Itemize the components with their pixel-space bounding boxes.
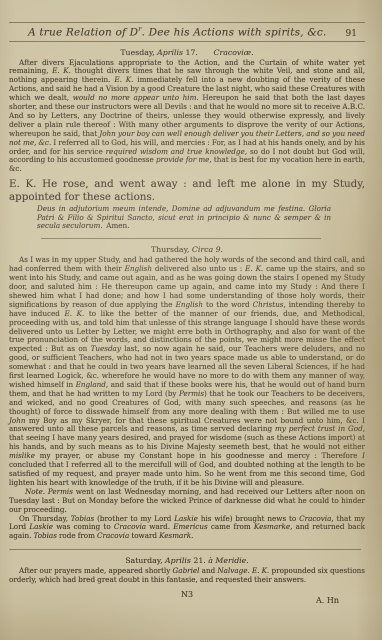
paragraph-saturday: After our prayers made, appeared shortly… xyxy=(9,567,365,585)
latin-prayer: Deus in adjutorium meum intende, Domine … xyxy=(37,205,331,231)
dateline-thursday: Thursday, Circa 9. xyxy=(9,245,365,254)
ek-statement: E. K. He rose, and went away : and left … xyxy=(9,178,365,203)
section-divider-1 xyxy=(41,238,321,239)
header-top-rule xyxy=(9,22,365,23)
catchword: A. Hn xyxy=(316,596,339,605)
page-number: 91 xyxy=(336,29,363,39)
book-page-scan: A true Relation of Dr. Dee his Actions w… xyxy=(0,0,382,640)
signature-mark: N3 xyxy=(9,590,365,599)
paragraph-tuesday: After divers Ejaculations appropriate to… xyxy=(9,59,365,175)
dateline-saturday: Saturday, Aprilis 21. à Meridie. xyxy=(9,556,365,565)
paragraph-thursday: As I was in my upper Study, and had gath… xyxy=(9,256,365,488)
dateline-tuesday: Tuesday, Aprilis 17. Cracoviæ. xyxy=(9,48,365,57)
page-footer: N3 A. Hn xyxy=(9,590,365,612)
running-header: A true Relation of Dr. Dee his Actions w… xyxy=(9,23,365,41)
text-block: A true Relation of Dr. Dee his Actions w… xyxy=(0,0,382,640)
paragraph-note: Note. Permis went on last Wednesday morn… xyxy=(9,488,365,515)
header-bottom-rule xyxy=(9,41,365,42)
running-title: A true Relation of Dr. Dee his Actions w… xyxy=(19,25,336,39)
section-divider-2 xyxy=(9,549,361,550)
paragraph-tobias: On Thursday, Tobias (brother to my Lord … xyxy=(9,515,365,542)
